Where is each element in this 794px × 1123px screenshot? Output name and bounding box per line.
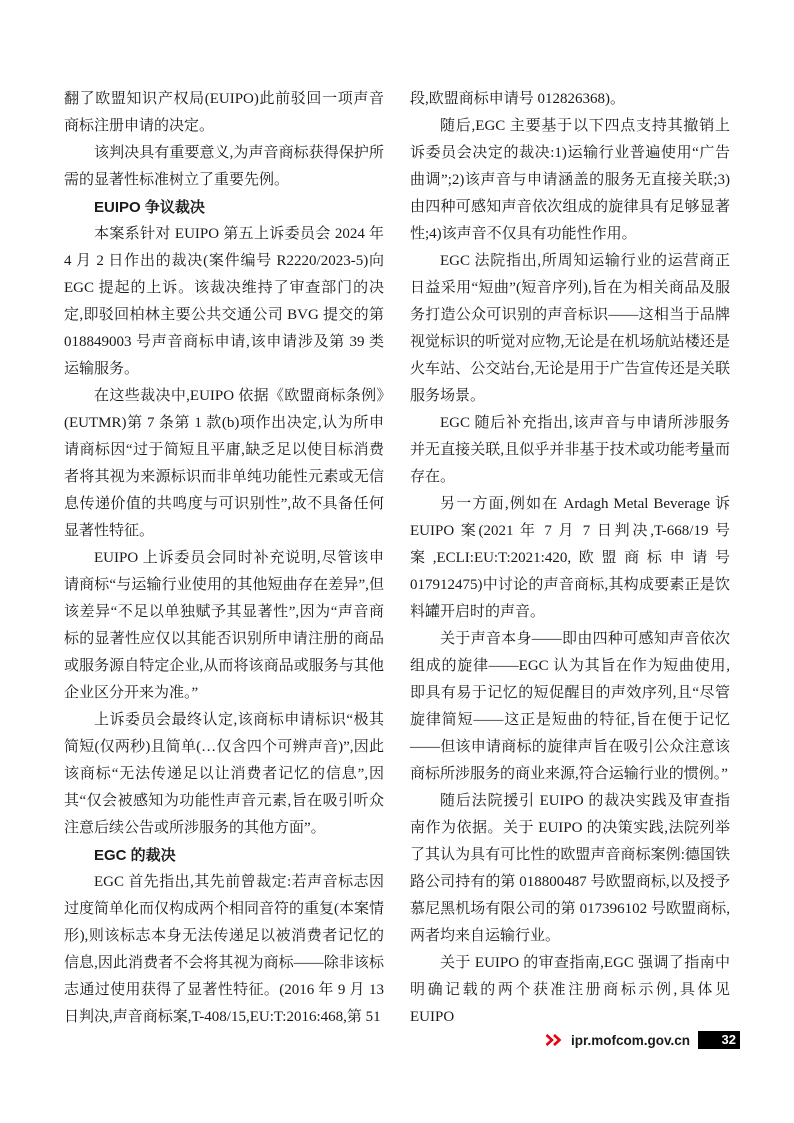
paragraph: 随后法院援引 EUIPO 的裁决实践及审查指南作为依据。关于 EUIPO 的决策…: [410, 788, 730, 950]
left-column: 翻了欧盟知识产权局(EUIPO)此前驳回一项声音商标注册申请的决定。该判决具有重…: [64, 86, 384, 1031]
paragraph: EGC 首先指出,其先前曾裁定:若声音标志因过度简单化而仅构成两个相同音符的重复…: [64, 869, 384, 1031]
paragraph: 在这些裁决中,EUIPO 依据《欧盟商标条例》(EUTMR)第 7 条第 1 款…: [64, 383, 384, 545]
paragraph: 随后,EGC 主要基于以下四点支持其撤销上诉委员会决定的裁决:1)运输行业普遍使…: [410, 113, 730, 248]
paragraph: 该判决具有重要意义,为声音商标获得保护所需的显著性标准树立了重要先例。: [64, 140, 384, 194]
paragraph: 关于声音本身——即由四种可感知声音依次组成的旋律——EGC 认为其旨在作为短曲使…: [410, 626, 730, 788]
paragraph: 翻了欧盟知识产权局(EUIPO)此前驳回一项声音商标注册申请的决定。: [64, 86, 384, 140]
double-chevron-icon: [545, 1034, 563, 1046]
page-number-badge: 32: [698, 1031, 740, 1049]
paragraph: EGC 法院指出,所周知运输行业的运营商正日益采用“短曲”(短音序列),旨在为相…: [410, 248, 730, 410]
paragraph: EGC 随后补充指出,该声音与申请所涉服务并无直接关联,且似乎并非基于技术或功能…: [410, 410, 730, 491]
page-footer: ipr.mofcom.gov.cn 32: [545, 1031, 740, 1049]
section-heading: EUIPO 争议裁决: [64, 194, 384, 221]
paragraph: EUIPO 上诉委员会同时补充说明,尽管该申请商标“与运输行业使用的其他短曲存在…: [64, 545, 384, 707]
footer-site-url: ipr.mofcom.gov.cn: [571, 1033, 690, 1048]
section-heading: EGC 的裁决: [64, 842, 384, 869]
paragraph: 本案系针对 EUIPO 第五上诉委员会 2024 年 4 月 2 日作出的裁决(…: [64, 221, 384, 383]
paragraph: 上诉委员会最终认定,该商标申请标识“极其简短(仅两秒)且简单(…仅含四个可辨声音…: [64, 707, 384, 842]
paragraph: 另一方面,例如在 Ardagh Metal Beverage 诉 EUIPO 案…: [410, 491, 730, 626]
paragraph: 关于 EUIPO 的审查指南,EGC 强调了指南中明确记载的两个获准注册商标示例…: [410, 950, 730, 1031]
right-column: 段,欧盟商标申请号 012826368)。随后,EGC 主要基于以下四点支持其撤…: [410, 86, 730, 1031]
two-column-text-area: 翻了欧盟知识产权局(EUIPO)此前驳回一项声音商标注册申请的决定。该判决具有重…: [64, 86, 730, 1031]
document-page: 翻了欧盟知识产权局(EUIPO)此前驳回一项声音商标注册申请的决定。该判决具有重…: [0, 0, 794, 1123]
paragraph: 段,欧盟商标申请号 012826368)。: [410, 86, 730, 113]
